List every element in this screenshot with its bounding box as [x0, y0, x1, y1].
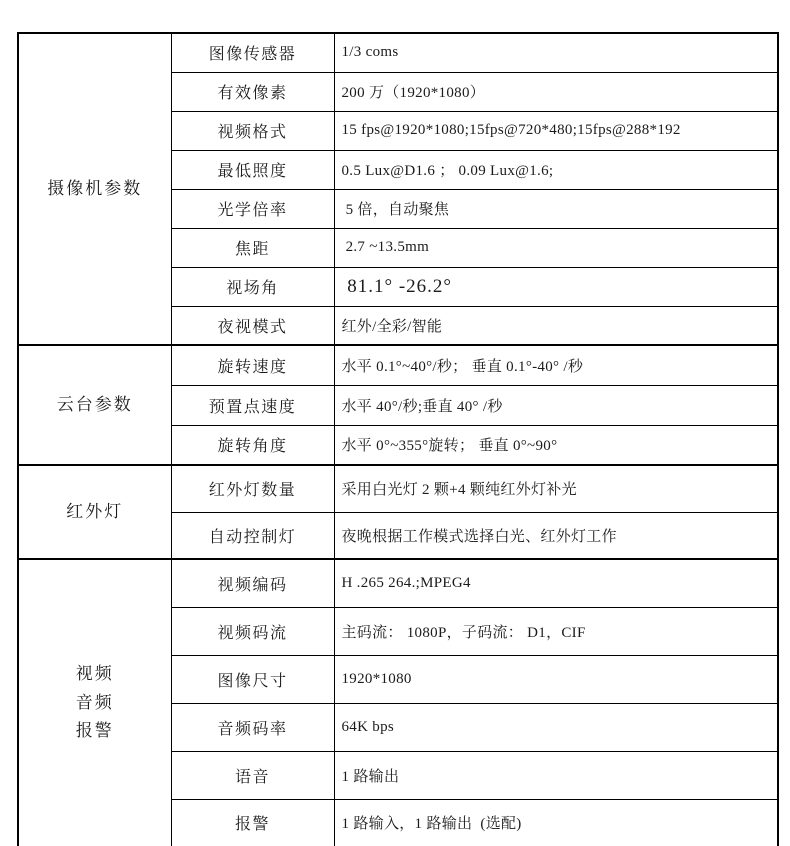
value-cell: 水平 0°~355°旋转； 垂直 0°~90° — [334, 425, 778, 465]
category-cell-irlight: 红外灯 — [18, 465, 171, 559]
value-cell: 1 路输入，1 路输出 (选配) — [334, 799, 778, 846]
page: 摄像机参数 图像传感器 1/3 coms 有效像素 200 万（1920*108… — [0, 0, 790, 846]
param-cell: 视频编码 — [171, 559, 334, 607]
param-cell: 语音 — [171, 751, 334, 799]
param-cell: 视频码流 — [171, 607, 334, 655]
param-cell: 旋转速度 — [171, 345, 334, 385]
value-cell: 64K bps — [334, 703, 778, 751]
value-cell: 0.5 Lux@D1.6 ； 0.09 Lux@1.6; — [334, 150, 778, 189]
value-cell: 红外/全彩/智能 — [334, 306, 778, 345]
value-cell: 采用白光灯 2 颗+4 颗纯红外灯补光 — [334, 465, 778, 512]
param-cell: 焦距 — [171, 228, 334, 267]
value-cell: 200 万（1920*1080） — [334, 72, 778, 111]
value-cell: 1/3 coms — [334, 33, 778, 72]
table-row: 红外灯 红外灯数量 采用白光灯 2 颗+4 颗纯红外灯补光 — [18, 465, 778, 512]
param-cell: 旋转角度 — [171, 425, 334, 465]
table-row: 视频 音频 报警 视频编码 H .265 264.;MPEG4 — [18, 559, 778, 607]
value-cell: 15 fps@1920*1080;15fps@720*480;15fps@288… — [334, 111, 778, 150]
value-cell: 1 路输出 — [334, 751, 778, 799]
param-cell: 报警 — [171, 799, 334, 846]
param-cell: 夜视模式 — [171, 306, 334, 345]
table-row: 云台参数 旋转速度 水平 0.1°~40°/秒； 垂直 0.1°-40° /秒 — [18, 345, 778, 385]
value-cell: 2.7 ~13.5mm — [334, 228, 778, 267]
value-cell: H .265 264.;MPEG4 — [334, 559, 778, 607]
param-cell: 图像传感器 — [171, 33, 334, 72]
param-cell: 音频码率 — [171, 703, 334, 751]
value-cell: 1920*1080 — [334, 655, 778, 703]
value-cell: 主码流： 1080P，子码流： D1，CIF — [334, 607, 778, 655]
value-cell: 水平 0.1°~40°/秒； 垂直 0.1°-40° /秒 — [334, 345, 778, 385]
param-cell: 自动控制灯 — [171, 512, 334, 559]
value-cell: 81.1° -26.2° — [334, 267, 778, 306]
param-cell: 预置点速度 — [171, 385, 334, 425]
param-cell: 最低照度 — [171, 150, 334, 189]
param-cell: 图像尺寸 — [171, 655, 334, 703]
param-cell: 光学倍率 — [171, 189, 334, 228]
param-cell: 视频格式 — [171, 111, 334, 150]
spec-table: 摄像机参数 图像传感器 1/3 coms 有效像素 200 万（1920*108… — [17, 32, 779, 846]
category-cell-ptz: 云台参数 — [18, 345, 171, 465]
value-cell: 水平 40°/秒;垂直 40° /秒 — [334, 385, 778, 425]
param-cell: 视场角 — [171, 267, 334, 306]
value-cell: 夜晚根据工作模式选择白光、红外灯工作 — [334, 512, 778, 559]
param-cell: 红外灯数量 — [171, 465, 334, 512]
category-cell-av-alarm: 视频 音频 报警 — [18, 559, 171, 846]
param-cell: 有效像素 — [171, 72, 334, 111]
value-cell: 5 倍，自动聚焦 — [334, 189, 778, 228]
table-row: 摄像机参数 图像传感器 1/3 coms — [18, 33, 778, 72]
category-cell-camera: 摄像机参数 — [18, 33, 171, 345]
